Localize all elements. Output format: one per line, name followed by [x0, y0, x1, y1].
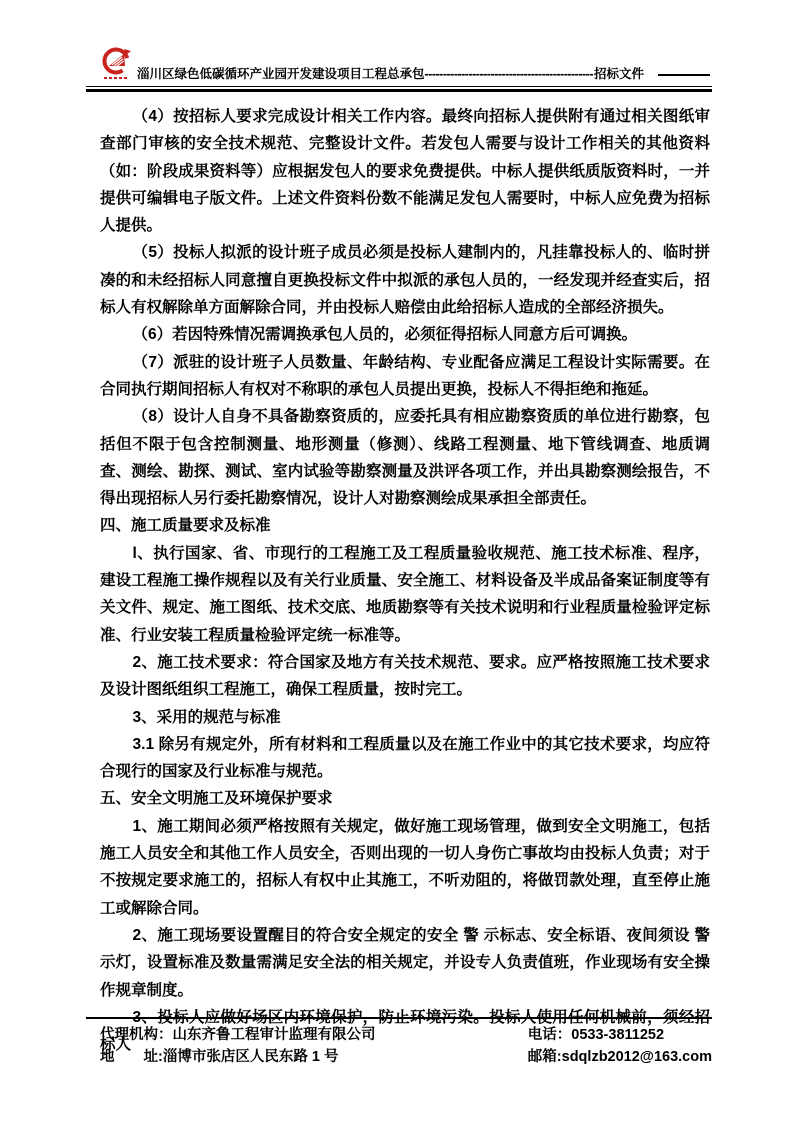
- paragraph: l、执行国家、省、市现行的工程施工及工程质量验收规范、施工技术标准、程序，建设工…: [100, 540, 710, 649]
- page-header: 淄川区绿色低碳循环产业园开发建设项目工程总承包-----------------…: [86, 46, 712, 84]
- paragraph: （7）派驻的设计班子人员数量、年龄结构、专业配备应满足工程设计实际需要。在合同执…: [100, 349, 710, 404]
- footer-value: sdqlzb2012@163.com: [562, 1049, 712, 1065]
- footer-row: 邮箱:sdqlzb2012@163.com: [528, 1046, 712, 1068]
- company-logo: [100, 46, 134, 84]
- footer-label: 邮箱:: [528, 1049, 562, 1065]
- footer-value: 淄博市张店区人民东路 1 号: [163, 1049, 339, 1065]
- header-tail-rule: [658, 74, 710, 76]
- paragraph: 1、施工期间必须严格按照有关规定，做好施工现场管理，做到安全文明施工，包括施工人…: [100, 813, 710, 922]
- footer-row: 代理机构：山东齐鲁工程审计监理有限公司: [100, 1024, 376, 1046]
- footer-label: 地 址:: [100, 1049, 163, 1065]
- paragraph: （5）投标人拟派的设计班子成员必须是投标人建制内的，凡挂靠投标人的、临时拼凑的和…: [100, 239, 710, 321]
- company-logo-icon: [100, 46, 134, 84]
- paragraph: 3.1 除另有规定外，所有材料和工程质量以及在施工作业中的其它技术要求，均应符合…: [100, 731, 710, 786]
- section-heading: 四、施工质量要求及标准: [100, 512, 710, 539]
- footer-contact-block: 电话：0533-3811252 邮箱:sdqlzb2012@163.com: [528, 1024, 712, 1068]
- document-body: （4）按招标人要求完成设计相关工作内容。最终向招标人提供附有通过相关图纸审查部门…: [100, 103, 710, 1058]
- footer-value: 0533-3811252: [571, 1027, 664, 1043]
- footer-label: 代理机构：: [100, 1027, 173, 1043]
- paragraph: 2、施工现场要设置醒目的符合安全规定的安全 警 示标志、安全标语、夜间须设 警 …: [100, 922, 710, 1004]
- paragraph: （6）若因特殊情况需调换承包人员的，必须征得招标人同意方后可调换。: [100, 321, 710, 348]
- doc-type-label: 招标文件: [594, 66, 644, 82]
- paragraph: （8）设计人自身不具备勘察资质的，应委托具有相应勘察资质的单位进行勘察，包括但不…: [100, 403, 710, 512]
- footer-agency-block: 代理机构：山东齐鲁工程审计监理有限公司 地 址:淄博市张店区人民东路 1 号: [86, 1024, 376, 1068]
- header-title: 淄川区绿色低碳循环产业园开发建设项目工程总承包: [137, 66, 425, 82]
- paragraph: 3、采用的规范与标准: [100, 704, 710, 731]
- document-page: { "header": { "title": "淄川区绿色低碳循环产业园开发建设…: [0, 0, 793, 1121]
- footer-label: 电话：: [528, 1027, 572, 1043]
- paragraph: （4）按招标人要求完成设计相关工作内容。最终向招标人提供附有通过相关图纸审查部门…: [100, 103, 710, 239]
- page: 淄川区绿色低碳循环产业园开发建设项目工程总承包-----------------…: [0, 0, 793, 1058]
- paragraph: 2、施工技术要求：符合国家及地方有关技术规范、要求。应严格按照施工技术要求及设计…: [100, 649, 710, 704]
- header-divider: [86, 86, 712, 92]
- footer-row: 电话：0533-3811252: [528, 1024, 712, 1046]
- footer-row: 地 址:淄博市张店区人民东路 1 号: [100, 1046, 376, 1068]
- footer-value: 山东齐鲁工程审计监理有限公司: [173, 1027, 376, 1043]
- header-line: 淄川区绿色低碳循环产业园开发建设项目工程总承包-----------------…: [137, 66, 712, 84]
- header-dashes: ----------------------------------------…: [425, 66, 593, 82]
- page-footer: 代理机构：山东齐鲁工程审计监理有限公司 地 址:淄博市张店区人民东路 1 号 电…: [86, 1017, 712, 1068]
- section-heading: 五、安全文明施工及环境保护要求: [100, 785, 710, 812]
